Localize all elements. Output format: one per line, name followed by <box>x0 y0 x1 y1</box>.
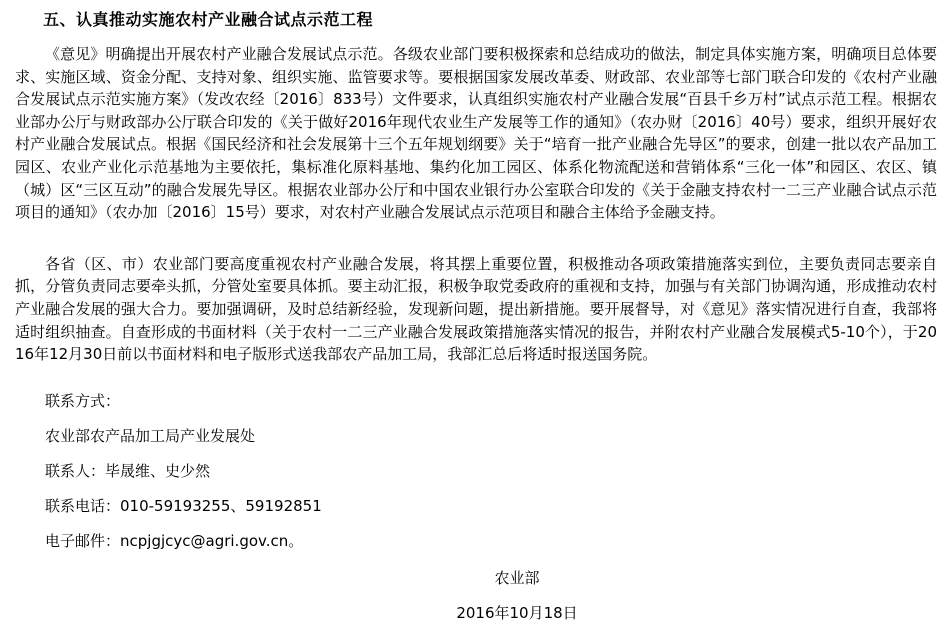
contact-phone: 联系电话：010-59193255、59192851 <box>15 495 937 518</box>
document-page: 五、认真推动实施农村产业融合试点示范工程 《意见》明确提出开展农村产业融合发展试… <box>0 0 950 625</box>
contact-department: 农业部农产品加工局产业发展处 <box>15 425 937 448</box>
contact-person: 联系人：毕晟维、史少然 <box>15 460 937 483</box>
signature-issuer: 农业部 <box>15 567 937 590</box>
document-title: 五、认真推动实施农村产业融合试点示范工程 <box>15 9 937 30</box>
signature-date: 2016年10月18日 <box>15 602 937 625</box>
contact-email: 电子邮件：ncpjgjcyc@agri.gov.cn。 <box>15 530 937 553</box>
paragraph-pilot-demonstration: 《意见》明确提出开展农村产业融合发展试点示范。各级农业部门要积极探索和总结成功的… <box>15 43 937 224</box>
contact-label: 联系方式： <box>15 390 937 413</box>
paragraph-implementation-requirements: 各省（区、市）农业部门要高度重视农村产业融合发展，将其摆上重要位置，积极推动各项… <box>15 253 937 366</box>
